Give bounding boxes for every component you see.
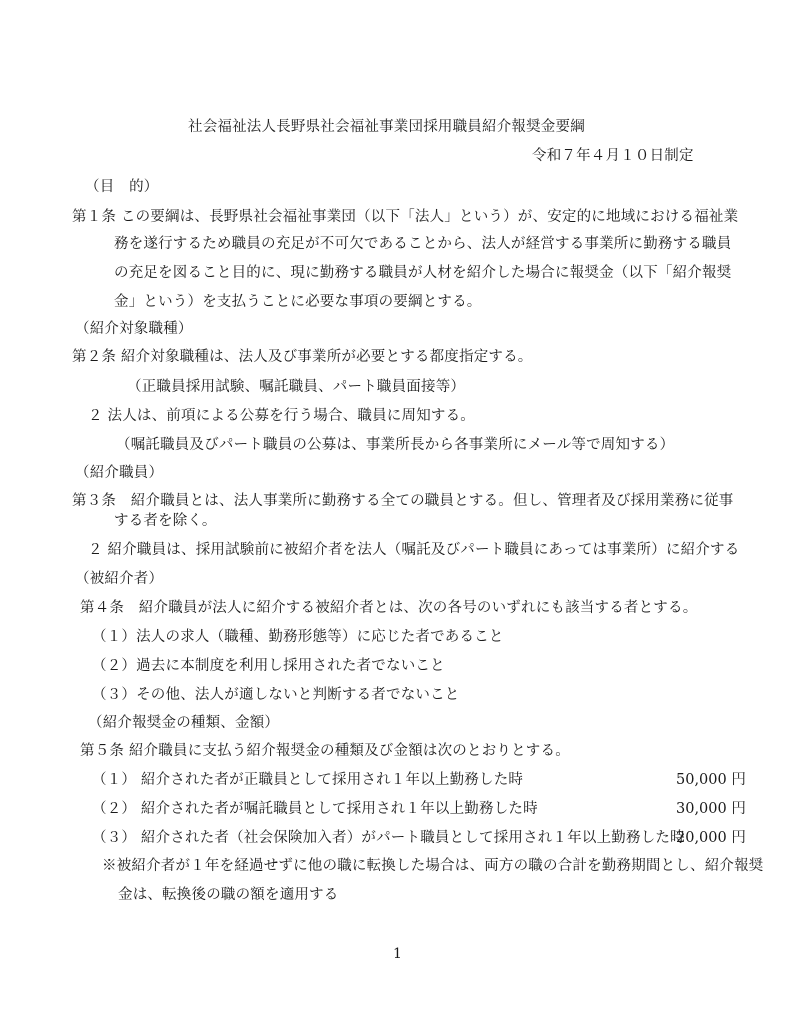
- section-heading-purpose: （目 的）: [85, 178, 159, 196]
- reward-item-1-label: （１） 紹介された者が正職員として採用され１年以上勤務した時: [92, 771, 523, 789]
- article-1-line-2: 務を遂行するため職員の充足が不可欠であることから、法人が経営する事業所に勤務する…: [114, 235, 731, 253]
- page-number: 1: [393, 945, 402, 963]
- reward-note-line-1: ※被紹介者が１年を経過せずに他の職に転換した場合は、両方の職の合計を勤務期間とし…: [102, 857, 764, 875]
- article-3-para-2: ２ 紹介職員は、採用試験前に被紹介者を法人（嘱託及びパート職員にあっては事業所）…: [88, 541, 739, 559]
- section-heading-referrer: （紹介職員）: [75, 464, 163, 482]
- article-2: 第２条 紹介対象職種は、法人及び事業所が必要とする都度指定する。: [72, 348, 533, 366]
- article-4-item-2: （２）過去に本制度を利用し採用された者でないこと: [92, 657, 445, 675]
- reward-item-2-label: （２） 紹介された者が嘱託職員として採用され１年以上勤務した時: [92, 800, 538, 818]
- article-2-note-2: （嘱託職員及びパート職員の公募は、事業所長から各事業所にメール等で周知する）: [116, 436, 674, 454]
- section-heading-referee: （被紹介者）: [75, 570, 163, 588]
- article-1-line-1: 第１条 この要綱は、長野県社会福祉事業団（以下「法人」という）が、安定的に地域に…: [72, 208, 738, 226]
- article-4: 第４条 紹介職員が法人に紹介する被紹介者とは、次の各号のいずれにも該当する者とす…: [80, 599, 697, 617]
- section-heading-target-jobs: （紹介対象職種）: [75, 320, 193, 338]
- article-3-line-2: する者を除く。: [114, 512, 217, 530]
- article-1-line-3: の充足を図ること目的に、現に勤務する職員が人材を紹介した場合に報奨金（以下「紹介…: [114, 264, 731, 282]
- reward-item-2-amount: 30,000 円: [676, 800, 746, 818]
- article-3-line-1: 第３条 紹介職員とは、法人事業所に勤務する全ての職員とする。但し、管理者及び採用…: [72, 492, 734, 510]
- reward-note-line-2: 金は、転換後の職の額を適用する: [118, 886, 339, 904]
- reward-item-3-label: （３） 紹介された者（社会保険加入者）がパート職員として採用され１年以上勤務した…: [92, 829, 685, 847]
- enactment-date: 令和７年４月１０日制定: [532, 147, 694, 165]
- section-heading-reward: （紹介報奨金の種類、金額）: [88, 714, 279, 732]
- article-4-item-3: （３）その他、法人が適しないと判断する者でないこと: [92, 686, 460, 704]
- reward-item-3-amount: 20,000 円: [676, 829, 746, 847]
- article-1-line-4: 金」という）を支払うことに必要な事項の要綱とする。: [114, 293, 482, 311]
- article-4-item-1: （１）法人の求人（職種、勤務形態等）に応じた者であること: [92, 628, 504, 646]
- article-5: 第５条 紹介職員に支払う紹介報奨金の種類及び金額は次のとおりとする。: [80, 742, 570, 760]
- article-2-note-1: （正職員採用試験、嘱託職員、パート職員面接等）: [127, 378, 465, 396]
- article-2-para-2: ２ 法人は、前項による公募を行う場合、職員に周知する。: [88, 407, 475, 425]
- document-title: 社会福祉法人長野県社会福祉事業団採用職員紹介報奨金要綱: [188, 118, 585, 136]
- reward-item-1-amount: 50,000 円: [676, 771, 746, 789]
